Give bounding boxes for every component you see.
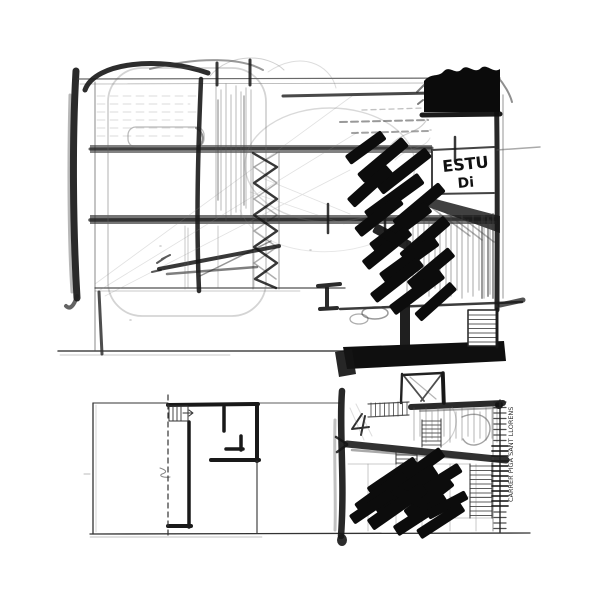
beam-scribble-claws (152, 255, 170, 272)
pencil-rounded-box (128, 127, 204, 147)
plan-left-bottom-blob (337, 534, 347, 546)
stair-glyph-rungs (173, 406, 181, 421)
estudi-label-line2: Di (457, 175, 475, 192)
stair-mass (345, 130, 458, 322)
estudi-label-line1: ESTU (441, 152, 489, 176)
plan-top-heavy-stroke (411, 403, 503, 407)
right-ladder-rails (470, 463, 492, 518)
plan-sketch: CARRER PIGA SANT LLORENS (84, 373, 530, 546)
protrusion-right-heavy (443, 373, 444, 403)
partition-L-wall (226, 436, 243, 450)
black-scribble-mass (424, 67, 500, 112)
upper-dark-line (283, 93, 432, 96)
sketch-canvas: ESTU Di (0, 0, 600, 600)
plan-bar-cluster (349, 447, 469, 539)
pencil-big-loop (108, 68, 266, 316)
black-mass-bottom-bar (422, 114, 500, 115)
scribble-row-3 (362, 108, 424, 110)
slab-2-core (90, 219, 497, 220)
slab-1-core (90, 148, 432, 149)
sketch-page: ESTU Di (0, 0, 600, 600)
radiator-stripes (469, 315, 496, 342)
lower-right-blob (500, 300, 523, 305)
plan-top-hatch (414, 408, 497, 442)
plan-left-heavy-vertical (341, 391, 342, 536)
curl-2 (350, 314, 368, 324)
scribble-row-1 (340, 120, 428, 122)
section-left-edge-lower (99, 292, 102, 354)
room-floor-hatch-lines (97, 96, 196, 136)
plan-top-thick-wall (168, 404, 258, 405)
section-left-edge-hook (66, 296, 77, 308)
scribble-row-2 (352, 131, 428, 133)
right-ladder-rungs (470, 466, 492, 516)
street-annotation-label: CARRER PIGA SANT LLORENS (507, 407, 515, 502)
plan-bottom-line (90, 533, 530, 534)
section-top-line-2 (80, 83, 430, 84)
section-sketch: ESTU Di (58, 58, 540, 377)
section-left-edge (73, 71, 77, 298)
